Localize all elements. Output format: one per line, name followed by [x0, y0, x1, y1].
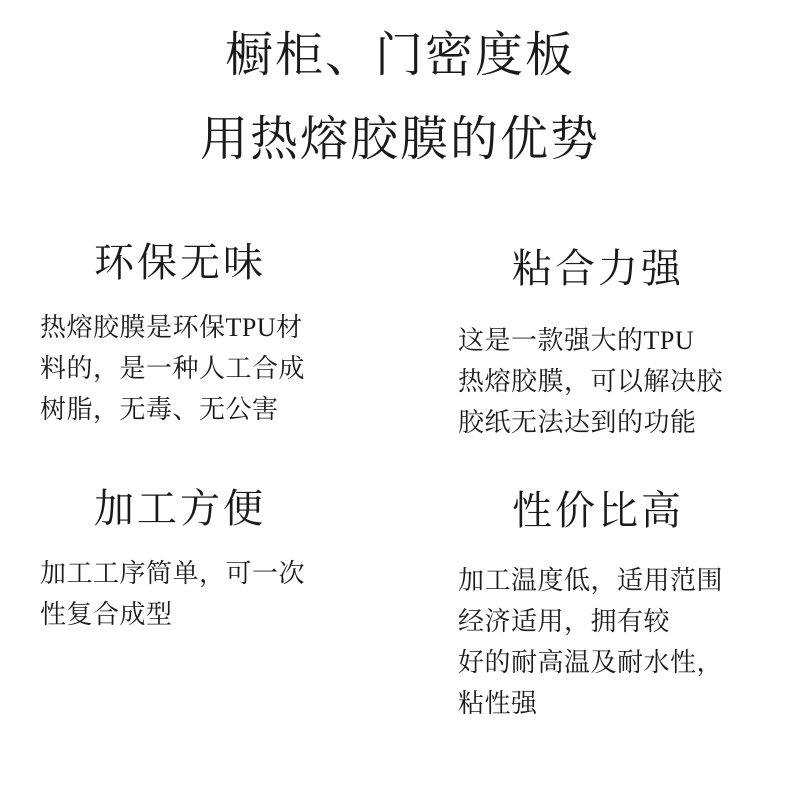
feature-body: 加工温度低，适用范围 经济适用，拥有较 好的耐高温及耐水性， 粘性强 — [458, 560, 768, 724]
page-title: 橱柜、门密度板 用热熔胶膜的优势 — [0, 14, 800, 182]
feature-card-easy-processing: 加工方便 加工工序简单，可一次 性复合成型 — [40, 484, 350, 635]
feature-heading: 粘合力强 — [458, 244, 738, 294]
title-line-2: 用热熔胶膜的优势 — [0, 98, 800, 182]
feature-card-strong-adhesion: 粘合力强 这是一款强大的TPU 热熔胶膜，可以解决胶 胶纸无法达到的功能 — [458, 244, 768, 443]
feature-body: 热熔胶膜是环保TPU材 料的，是一种人工合成 树脂，无毒、无公害 — [40, 307, 350, 430]
feature-card-eco-friendly: 环保无味 热熔胶膜是环保TPU材 料的，是一种人工合成 树脂，无毒、无公害 — [40, 238, 350, 430]
feature-heading: 加工方便 — [40, 484, 320, 534]
feature-body: 这是一款强大的TPU 热熔胶膜，可以解决胶 胶纸无法达到的功能 — [458, 320, 768, 443]
title-line-1: 橱柜、门密度板 — [0, 14, 800, 98]
feature-body: 加工工序简单，可一次 性复合成型 — [40, 553, 350, 635]
feature-heading: 环保无味 — [40, 238, 320, 288]
feature-card-cost-performance: 性价比高 加工温度低，适用范围 经济适用，拥有较 好的耐高温及耐水性， 粘性强 — [458, 486, 768, 724]
feature-heading: 性价比高 — [458, 486, 738, 536]
poster: 橱柜、门密度板 用热熔胶膜的优势 环保无味 热熔胶膜是环保TPU材 料的，是一种… — [0, 0, 800, 800]
